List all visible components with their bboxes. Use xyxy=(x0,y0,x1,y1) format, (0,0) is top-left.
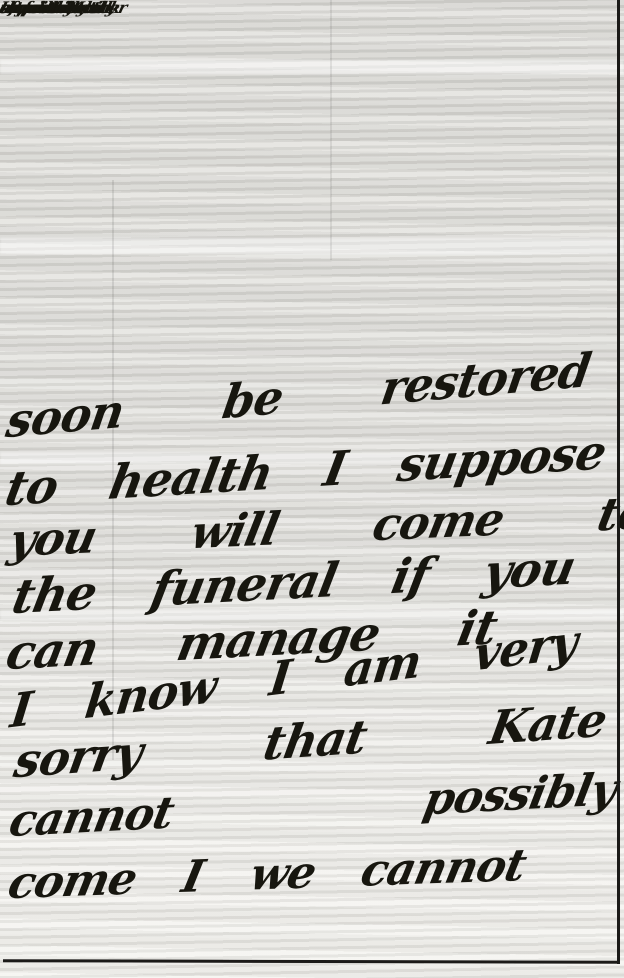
handwritten-word: come xyxy=(4,857,140,906)
handwritten-word: suppose xyxy=(394,429,610,489)
handwritten-word: I xyxy=(320,445,350,494)
handwritten-line: soonberestored xyxy=(5,347,592,444)
handwritten-word: cannot xyxy=(6,791,177,844)
handwritten-word: we xyxy=(246,851,319,898)
handwritten-word: soon xyxy=(3,387,127,444)
scan-glare-band xyxy=(0,238,624,254)
handwritten-word: Kate xyxy=(485,696,609,751)
handwritten-word: are xyxy=(53,0,83,16)
page-edge-bottom xyxy=(3,959,620,964)
handwritten-word: if xyxy=(388,552,433,601)
handwritten-word: health xyxy=(105,449,276,507)
handwritten-word: I xyxy=(179,855,208,900)
handwritten-word: feet xyxy=(22,0,57,16)
handwritten-word: funeral xyxy=(147,557,341,614)
page-edge-right xyxy=(617,0,620,964)
handwritten-line: myfeetarestill xyxy=(0,0,111,16)
handwritten-word: the xyxy=(8,569,100,621)
handwritten-word: can xyxy=(2,625,101,677)
handwritten-word: possibly xyxy=(420,768,620,823)
handwritten-word: cannot xyxy=(357,844,529,894)
letter-page: soonberestored tohealthIsuppose youwillc… xyxy=(0,0,624,978)
scan-glare-band xyxy=(0,60,624,74)
handwritten-word: I xyxy=(8,685,34,735)
handwritten-word: am xyxy=(342,637,424,693)
handwritten-word: will xyxy=(187,506,282,555)
handwritten-word: to xyxy=(2,463,62,514)
handwritten-word: you xyxy=(5,514,100,563)
handwritten-word: know xyxy=(83,662,219,725)
handwritten-word: still xyxy=(79,0,113,16)
paper-crease xyxy=(330,0,332,260)
handwritten-word: be xyxy=(219,374,286,426)
handwritten-word: I xyxy=(267,653,293,703)
handwritten-word: very xyxy=(472,618,580,678)
handwritten-line: comeIwecannot xyxy=(8,844,525,906)
handwritten-word: that xyxy=(261,713,371,767)
handwritten-word: restored xyxy=(378,347,594,412)
handwritten-word: you xyxy=(480,544,579,596)
handwritten-word: come xyxy=(369,496,508,547)
handwritten-word: sorry xyxy=(11,729,146,785)
